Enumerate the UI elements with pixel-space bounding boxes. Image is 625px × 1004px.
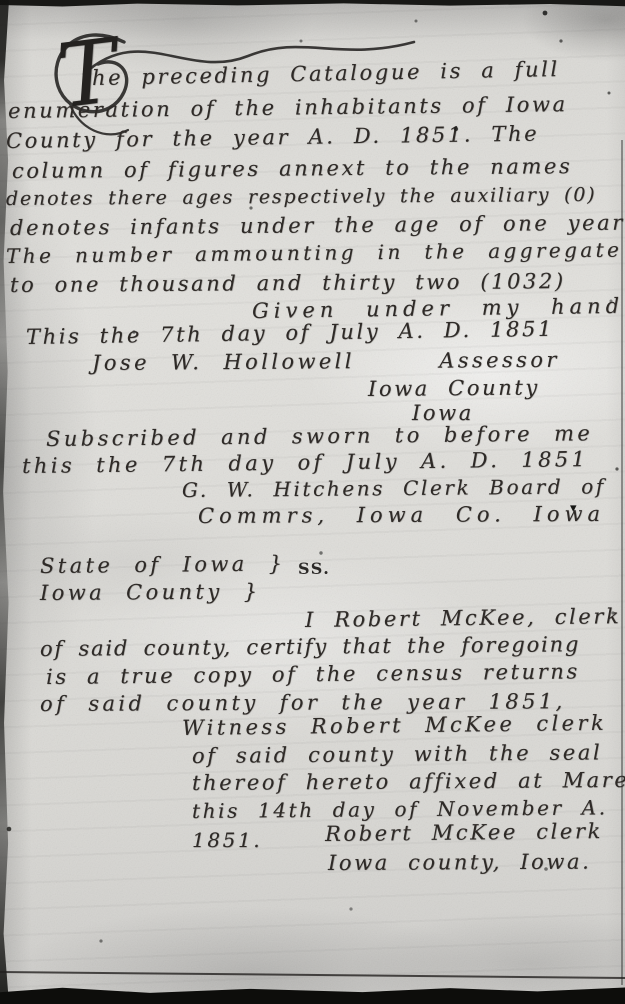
preamble-line-5: denotes there ages respectively the auxi… (6, 184, 597, 210)
line-county-seal: of said county with the seal (192, 740, 602, 768)
line-subscribed-sworn: Subscribed and sworn to before me (46, 421, 593, 451)
line-iowa-county-venue: Iowa County } (40, 579, 261, 605)
line-iowa: Iowa (412, 401, 474, 425)
line-certify-foregoing: of said county, certify that the foregoi… (40, 632, 580, 661)
preamble-line-7: The number ammounting in the aggregate (6, 238, 623, 268)
line-state-of-iowa: State of Iowa } (40, 551, 286, 578)
line-date-sworn: this the 7th day of July A. D. 1851 (22, 447, 589, 478)
line-affixed-marengo: thereof hereto affixed at Marengo (192, 768, 625, 795)
preamble-line-8: to one thousand and thirty two (1032) (10, 269, 566, 297)
ink-mark: ▾ (570, 501, 577, 516)
line-robert-mckee-intro: I Robert McKee, clerk (305, 604, 622, 632)
clerk-board-signature: G. W. Hitchens Clerk Board of (182, 474, 606, 502)
line-true-copy: is a true copy of the census returns (46, 659, 580, 689)
line-witness: Witness Robert McKee clerk (182, 711, 607, 740)
line-year-signed: 1851. (192, 828, 262, 852)
line-iowa-county: Iowa County (368, 376, 540, 401)
line-commrs: Commrs, Iowa Co. Iowa (198, 502, 605, 528)
ss-venue-mark: SS. (298, 559, 330, 578)
handwriting-layer: T he preceding Catalogue is a full enume… (0, 0, 625, 1004)
line-date-july: This the 7th day of July A. D. 1851 (26, 317, 554, 349)
preamble-line-6: denotes infants under the age of one yea… (10, 211, 625, 240)
preamble-line-1: he preceding Catalogue is a full (92, 57, 560, 90)
line-iowa-county-iowa: Iowa county, Iowa. (328, 850, 591, 875)
scanned-document-page: T he preceding Catalogue is a full enume… (0, 0, 625, 1004)
assessor-signature: Jose W. Hollowell Assessor (92, 348, 560, 375)
clerk-signature: Robert McKee clerk (325, 819, 603, 846)
preamble-line-4: column of figures annext to the names (12, 154, 573, 183)
preamble-line-3: County for the year A. D. 1851. The (6, 122, 539, 153)
scan-edge-right (621, 140, 623, 985)
